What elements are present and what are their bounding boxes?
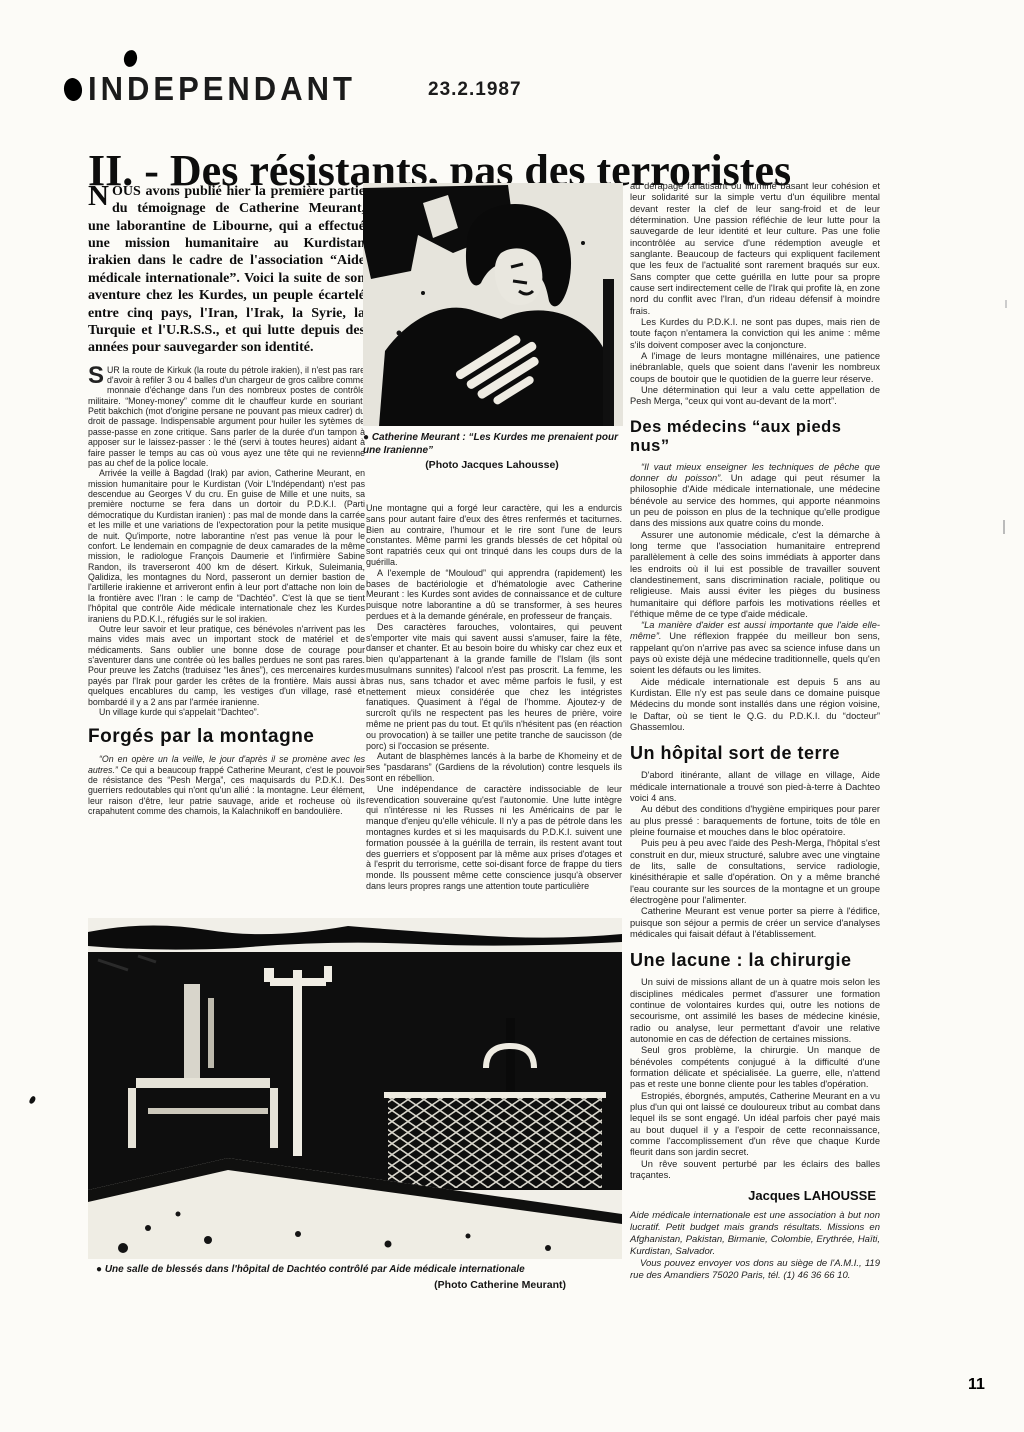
column-middle: Une montagne qui a forgé leur caractère,… (366, 503, 622, 920)
body-paragraph: Autant de blasphèmes lancés à la barbe d… (366, 751, 622, 783)
body-paragraph: Un rêve souvent perturbé par les éclairs… (630, 1159, 880, 1182)
dropcap-n: N (88, 183, 112, 209)
body-paragraph: Puis peu à peu avec l'aide des Pesh-Merg… (630, 838, 880, 906)
body-paragraph: SUR la route de Kirkuk (la route du pétr… (88, 365, 365, 469)
portrait-caption: ● Catherine Meurant : “Les Kurdes me pre… (363, 432, 621, 472)
body-paragraph: A l'image de leurs montagne millénaires,… (630, 351, 880, 385)
body-paragraph: Une détermination qui leur a valu cette … (630, 385, 880, 408)
donation-footnote: Vous pouvez envoyer vos dons au siège de… (630, 1258, 880, 1282)
body-paragraph: Un suivi de missions allant de un à quat… (630, 977, 880, 1045)
photo-credit: (Photo Catherine Meurant) (96, 1279, 626, 1292)
author-signature: Jacques LAHOUSSE (630, 1188, 876, 1203)
portrait-photo (363, 183, 623, 426)
body-paragraph: au dérapage fanatisant ou illuminé basan… (630, 181, 880, 317)
body-paragraph: Les Kurdes du P.D.K.I. ne sont pas dupes… (630, 317, 880, 351)
subhead-une-lacune: Une lacune : la chirurgie (630, 950, 880, 971)
paragraph-text: Une réflexion frappée du meilleur bon se… (630, 631, 880, 675)
masthead-title: INDEPENDANT (88, 70, 356, 109)
bullet-dot-icon (62, 77, 83, 102)
photo-credit: (Photo Jacques Lahousse) (363, 459, 621, 472)
body-paragraph: Un village kurde qui s'appelait “Dachteo… (88, 707, 365, 717)
dropcap-s: S (88, 365, 107, 386)
intro-paragraph: NOUS avons publié hier la première parti… (88, 183, 365, 357)
issue-date: 23.2.1987 (428, 79, 522, 101)
caption-text: ● Catherine Meurant : “Les Kurdes me pre… (363, 432, 621, 457)
subhead-un-hopital: Un hôpital sort de terre (630, 743, 880, 764)
association-footnote: Aide médicale internationale est une ass… (630, 1210, 880, 1258)
body-paragraph: Seul gros problème, la chirurgie. Un man… (630, 1045, 880, 1090)
intro-text: OUS avons publié hier la première partie… (88, 184, 365, 355)
body-paragraph: “On en opère un la veille, le jour d'apr… (88, 754, 365, 816)
scan-speck (29, 1095, 37, 1104)
column-right: au dérapage fanatisant ou illuminé basan… (630, 181, 880, 1282)
subhead-forges-par-la-montagne: Forgés par la montagne (88, 726, 365, 748)
body-paragraph: Catherine Meurant est venue porter sa pi… (630, 906, 880, 940)
paragraph-text: Ce qui a beaucoup frappé Catherine Meura… (88, 765, 365, 817)
ink-dot-icon (122, 49, 138, 68)
body-paragraph: “Il vaut mieux enseigner les techniques … (630, 462, 880, 530)
scan-speck (1005, 300, 1007, 308)
body-paragraph: Une indépendance de caractère indissocia… (366, 784, 622, 892)
hospital-caption: ● Une salle de blessés dans l'hôpital de… (96, 1264, 626, 1292)
body-paragraph: D'abord itinérante, allant de village en… (630, 770, 880, 804)
body-paragraph: Une montagne qui a forgé leur caractère,… (366, 503, 622, 568)
body-paragraph: Au début des conditions d'hygiène empiri… (630, 804, 880, 838)
body-paragraph: A l'exemple de “Mouloud” qui apprendra (… (366, 568, 622, 622)
subhead-des-medecins: Des médecins “aux pieds nus” (630, 418, 880, 456)
body-paragraph: Arrivée la veille à Bagdad (Irak) par av… (88, 468, 365, 624)
body-paragraph: Aide médicale internationale est depuis … (630, 677, 880, 734)
scan-speck (1003, 520, 1005, 534)
body-paragraph: Outre leur savoir et leur pratique, ces … (88, 624, 365, 707)
newspaper-page: INDEPENDANT 23.2.1987 II. - Des résistan… (0, 0, 1024, 1432)
hospital-photo (88, 918, 622, 1259)
body-paragraph: Estropiés, éborgnés, amputés, Catherine … (630, 1091, 880, 1159)
body-paragraph: Assurer une autonomie médicale, c'est la… (630, 530, 880, 621)
body-paragraph: “La manière d'aider est aussi importante… (630, 620, 880, 677)
page-number: 11 (968, 1376, 985, 1394)
caption-text: ● Une salle de blessés dans l'hôpital de… (96, 1264, 626, 1277)
paragraph-text: UR la route de Kirkuk (la route du pétro… (88, 365, 365, 468)
column-left: NOUS avons publié hier la première parti… (88, 183, 365, 920)
body-paragraph: Des caractères farouches, volontaires, q… (366, 622, 622, 752)
